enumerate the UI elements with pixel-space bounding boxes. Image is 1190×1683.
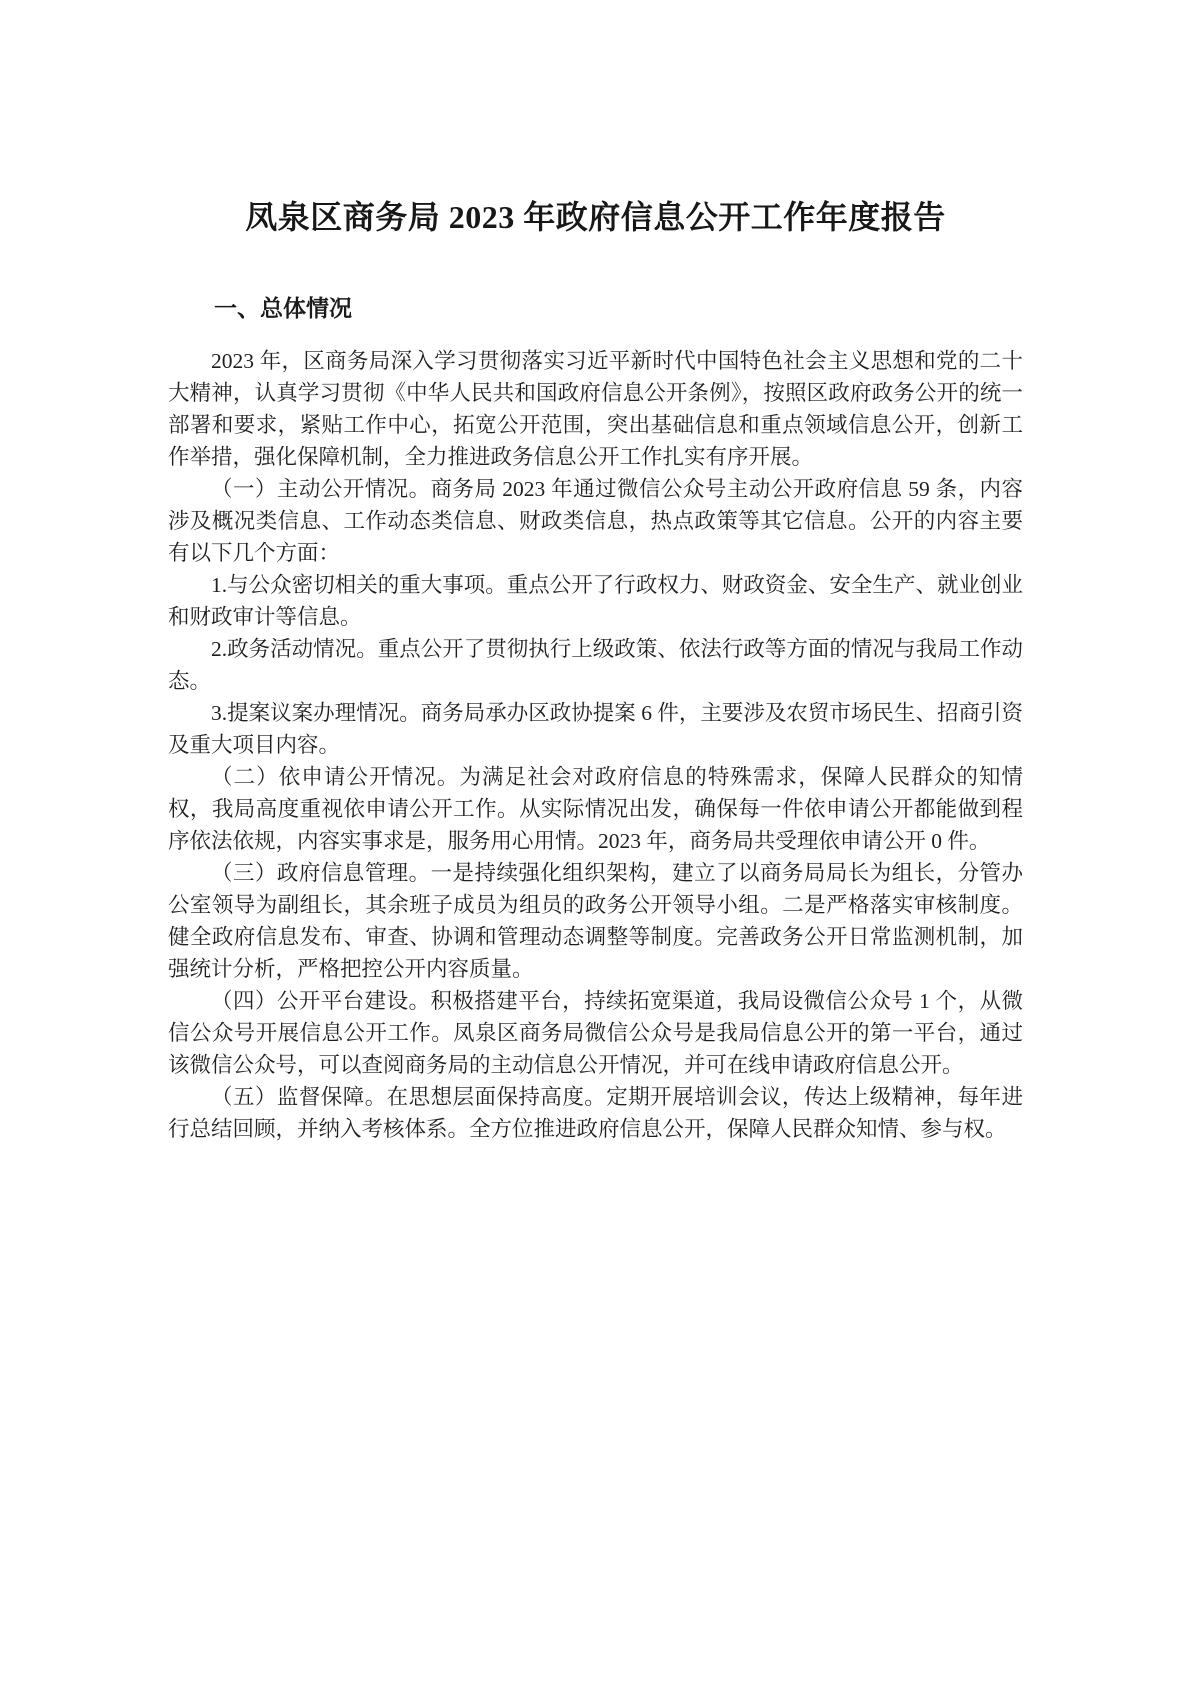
paragraph: 2023 年，区商务局深入学习贯彻落实习近平新时代中国特色社会主义思想和党的二十… xyxy=(168,345,1023,473)
paragraph: 3.提案议案办理情况。商务局承办区政协提案 6 件，主要涉及农贸市场民生、招商引… xyxy=(168,697,1023,761)
paragraph: （二）依申请公开情况。为满足社会对政府信息的特殊需求，保障人民群众的知情权，我局… xyxy=(168,761,1023,857)
document-page: 凤泉区商务局 2023 年政府信息公开工作年度报告 一、总体情况 2023 年，… xyxy=(0,0,1190,1683)
document-title: 凤泉区商务局 2023 年政府信息公开工作年度报告 xyxy=(168,196,1023,238)
document-content: 凤泉区商务局 2023 年政府信息公开工作年度报告 一、总体情况 2023 年，… xyxy=(168,0,1023,1145)
section-heading-overall-situation: 一、总体情况 xyxy=(168,294,1023,324)
section-body: 2023 年，区商务局深入学习贯彻落实习近平新时代中国特色社会主义思想和党的二十… xyxy=(168,345,1023,1145)
paragraph: 2.政务活动情况。重点公开了贯彻执行上级政策、依法行政等方面的情况与我局工作动态… xyxy=(168,633,1023,697)
paragraph: （一）主动公开情况。商务局 2023 年通过微信公众号主动公开政府信息 59 条… xyxy=(168,473,1023,569)
paragraph: （四）公开平台建设。积极搭建平台，持续拓宽渠道，我局设微信公众号 1 个，从微信… xyxy=(168,985,1023,1081)
paragraph: （三）政府信息管理。一是持续强化组织架构，建立了以商务局局长为组长，分管办公室领… xyxy=(168,857,1023,985)
paragraph: 1.与公众密切相关的重大事项。重点公开了行政权力、财政资金、安全生产、就业创业和… xyxy=(168,569,1023,633)
paragraph: （五）监督保障。在思想层面保持高度。定期开展培训会议，传达上级精神，每年进行总结… xyxy=(168,1081,1023,1145)
